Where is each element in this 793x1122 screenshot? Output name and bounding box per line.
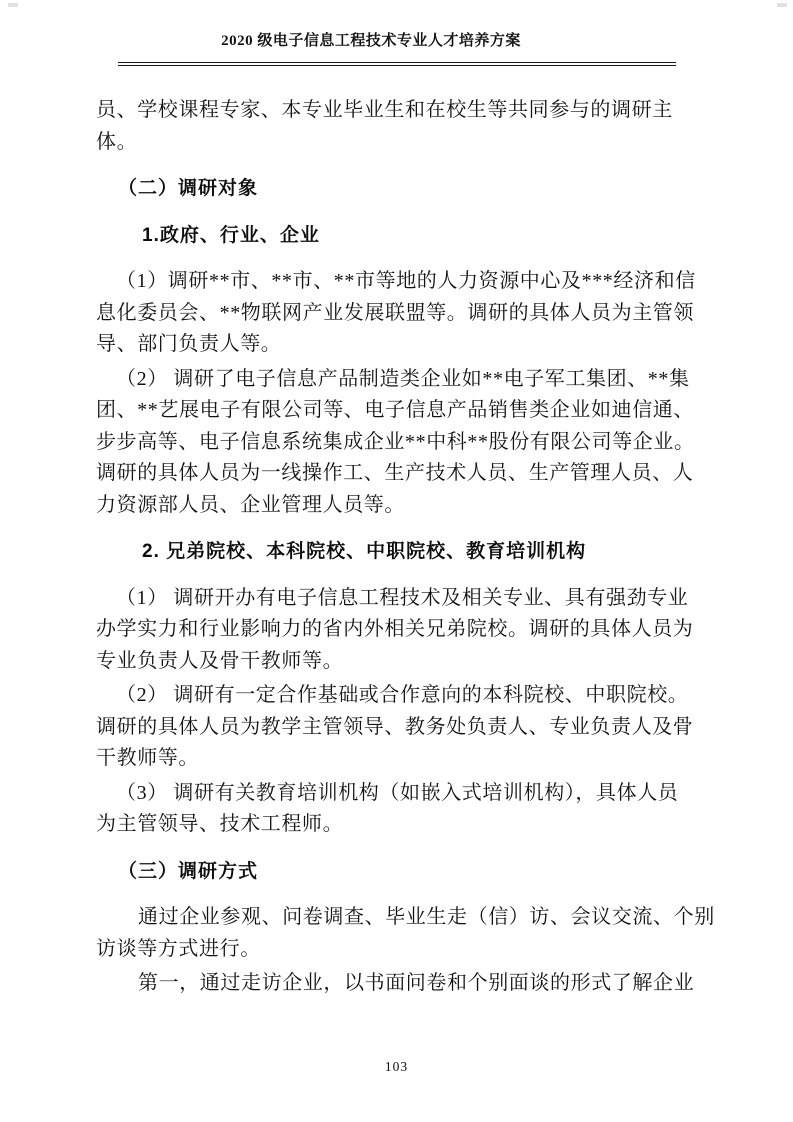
text-line: 调研的具体人员为一线操作工、生产技术人员、生产管理人员、人 [96,458,696,490]
paragraph: 通过企业参观、问卷调查、毕业生走（信）访、会议交流、个别访谈等方式进行。 [96,902,696,965]
text-line: 团、**艺展电子有限公司等、电子信息产品销售类企业如迪信通、 [96,395,696,427]
header-rule [118,62,676,66]
header-title: 2020 级电子信息工程技术专业人才培养方案 [221,31,521,51]
text-line: 导、部门负责人等。 [96,329,696,361]
paragraph: （1）调研**市、**市、**市等地的人力资源中心及***经济和信息化委员会、*… [96,266,696,361]
sub-heading: 2. 兄弟院校、本科院校、中职院校、教育培训机构 [96,536,696,568]
document-body: 员、学校课程专家、本专业毕业生和在校生等共同参与的调研主体。（二）调研对象1.政… [96,95,696,1000]
text-line: 通过企业参观、问卷调查、毕业生走（信）访、会议交流、个别 [96,902,696,934]
paragraph: 第一，通过走访企业，以书面问卷和个别面谈的形式了解企业 [96,968,696,1000]
text-line: 息化委员会、**物联网产业发展联盟等。调研的具体人员为主管领 [96,298,696,330]
page-footer: 103 [0,1058,793,1076]
page-header: 2020 级电子信息工程技术专业人才培养方案 [118,31,676,66]
text-line: 办学实力和行业影响力的省内外相关兄弟院校。调研的具体人员为 [96,614,696,646]
page-number: 103 [385,1059,408,1074]
scan-artifact-right [777,3,787,7]
sub-heading: 1.政府、行业、企业 [96,220,696,252]
text-line: 访谈等方式进行。 [96,934,696,966]
text-line: （2） 调研了电子信息产品制造类企业如**电子军工集团、**集 [96,364,696,396]
text-line: 干教师等。 [96,743,696,775]
paragraph: 员、学校课程专家、本专业毕业生和在校生等共同参与的调研主体。 [96,95,696,158]
paragraph: （2） 调研了电子信息产品制造类企业如**电子军工集团、**集团、**艺展电子有… [96,364,696,522]
text-line: （2） 调研有一定合作基础或合作意向的本科院校、中职院校。 [96,680,696,712]
text-line: 调研的具体人员为教学主管领导、教务处负责人、专业负责人及骨 [96,712,696,744]
text-line: 力资源部人员、企业管理人员等。 [96,490,696,522]
paragraph: （1） 调研开办有电子信息工程技术及相关专业、具有强劲专业办学实力和行业影响力的… [96,583,696,678]
document-page: 2020 级电子信息工程技术专业人才培养方案 员、学校课程专家、本专业毕业生和在… [0,0,793,1122]
text-line: 员、学校课程专家、本专业毕业生和在校生等共同参与的调研主 [96,95,696,127]
section-heading: （二）调研对象 [96,173,696,205]
text-line: 第一，通过走访企业，以书面问卷和个别面谈的形式了解企业 [96,968,696,1000]
paragraph: （2） 调研有一定合作基础或合作意向的本科院校、中职院校。调研的具体人员为教学主… [96,680,696,775]
text-line: （1） 调研开办有电子信息工程技术及相关专业、具有强劲专业 [96,583,696,615]
text-line: 体。 [96,127,696,159]
text-line: 步步高等、电子信息系统集成企业**中科**股份有限公司等企业。 [96,427,696,459]
text-line: 专业负责人及骨干教师等。 [96,646,696,678]
paragraph: （3） 调研有关教育培训机构（如嵌入式培训机构），具体人员为主管领导、技术工程师… [96,778,696,841]
text-line: （3） 调研有关教育培训机构（如嵌入式培训机构），具体人员 [96,778,696,810]
text-line: （1）调研**市、**市、**市等地的人力资源中心及***经济和信 [96,266,696,298]
text-line: 为主管领导、技术工程师。 [96,809,696,841]
section-heading: （三）调研方式 [96,856,696,888]
scan-artifact-left [8,3,18,7]
